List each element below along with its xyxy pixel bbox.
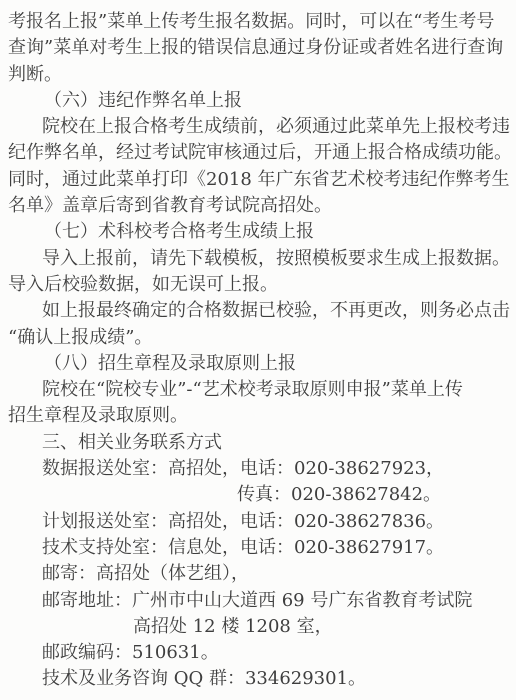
contact-line: 高招处 12 楼 1208 室， <box>8 614 513 640</box>
text-line: 名单》盖章后寄到省教育考试院高招处。 <box>8 193 513 219</box>
section-heading: 三、相关业务联系方式 <box>8 430 513 456</box>
contact-line: 邮寄地址：广州市中山大道西 69 号广东省教育考试院 <box>8 588 513 614</box>
contact-line: 传真：020-38627842。 <box>8 482 513 508</box>
text-line: 导入上报前，请先下载模板，按照模板要求生成上报数据。 <box>8 246 513 272</box>
section-heading: （八）招生章程及录取原则上报 <box>8 351 513 377</box>
text-line: 导入后校验数据，如无误可上报。 <box>8 272 513 298</box>
contact-line: 邮寄：高招处（体艺组）， <box>8 561 513 587</box>
text-line: 如上报最终确定的合格数据已校验，不再更改，则务必点击 <box>8 298 513 324</box>
contact-line: 邮政编码：510631。 <box>8 640 513 666</box>
contact-line: 计划报送处室：高招处，电话：020-38627836。 <box>8 509 513 535</box>
text-line: 纪作弊名单，经过考试院审核通过后，开通上报合格成绩功能。 <box>8 140 513 166</box>
contact-line: 技术及业务咨询 QQ 群：334629301。 <box>8 666 513 692</box>
text-line: 查询”菜单对考生上报的错误信息通过身份证或者姓名进行查询 <box>8 35 513 61</box>
text-line: 院校在上报合格考生成绩前，必须通过此菜单先上报校考违 <box>8 114 513 140</box>
document-page: 考报名上报”菜单上传考生报名数据。同时，可以在“考生考号 查询”菜单对考生上报的… <box>0 0 516 700</box>
section-heading: （六）违纪作弊名单上报 <box>8 88 513 114</box>
section-heading: （七）术科校考合格考生成绩上报 <box>8 219 513 245</box>
text-line: 考报名上报”菜单上传考生报名数据。同时，可以在“考生考号 <box>8 9 513 35</box>
text-line: “确认上报成绩”。 <box>8 325 513 351</box>
text-line: 判断。 <box>8 62 513 88</box>
text-line: 招生章程及录取原则。 <box>8 403 513 429</box>
text-line: 院校在“院校专业”-“艺术校考录取原则申报”菜单上传 <box>8 377 513 403</box>
contact-line: 技术支持处室：信息处，电话：020-38627917。 <box>8 535 513 561</box>
contact-line: 数据报送处室：高招处，电话：020-38627923， <box>8 456 513 482</box>
text-line: 同时，通过此菜单打印《2018 年广东省艺术校考违纪作弊考生 <box>8 167 513 193</box>
